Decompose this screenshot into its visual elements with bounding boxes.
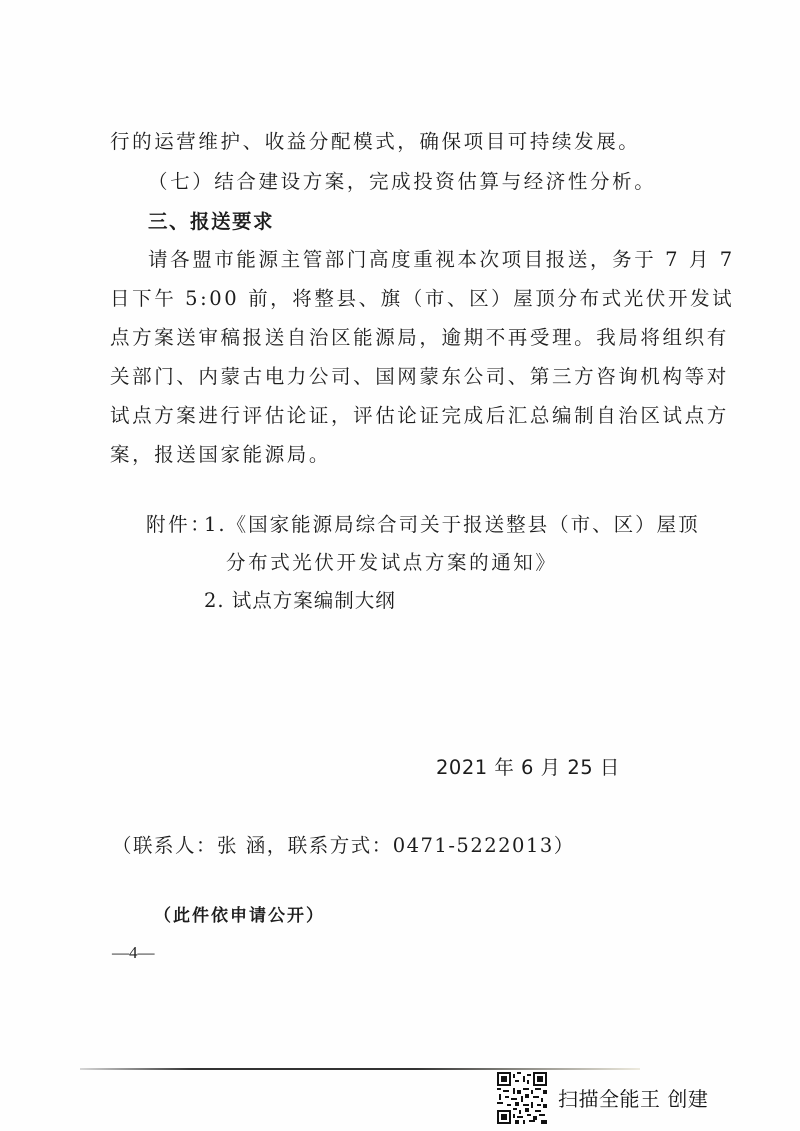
attachment-1-line-2: 分布式光伏开发试点方案的通知》 xyxy=(226,551,558,575)
paragraph-line-2: 日下午 5:00 前，将整县、旗（市、区）屋顶分布式光伏开发试 xyxy=(110,287,734,311)
paragraph-line-3: 点方案送审稿报送自治区能源局，逾期不再受理。我局将组织有 xyxy=(110,326,729,350)
scanner-watermark: 扫描全能王 创建 xyxy=(558,1083,708,1112)
paragraph-line-6: 案，报送国家能源局。 xyxy=(110,443,331,467)
disclosure-note: （此件依申请公开） xyxy=(154,904,325,928)
paragraph-line-4: 关部门、内蒙古电力公司、国网蒙东公司、第三方咨询机构等对 xyxy=(110,365,729,389)
document-date: 2021 年 6 月 25 日 xyxy=(436,756,620,780)
scan-edge-line xyxy=(80,1068,640,1070)
attachment-1-line-1: 1.《国家能源局综合司关于报送整县（市、区）屋顶 xyxy=(204,513,700,537)
page-number: —4— xyxy=(112,943,155,963)
body-line-2: （七）结合建设方案，完成投资估算与经济性分析。 xyxy=(148,170,656,194)
document-page: 行的运营维护、收益分配模式，确保项目可持续发展。 （七）结合建设方案，完成投资估… xyxy=(0,0,800,1131)
attachments-label: 附件： xyxy=(146,513,212,537)
contact-info: （联系人：张 涵，联系方式：0471-5222013） xyxy=(112,834,575,858)
paragraph-line-1: 请各盟市能源主管部门高度重视本次项目报送，务于 7 月 7 xyxy=(148,248,735,272)
attachment-2: 2. 试点方案编制大纲 xyxy=(204,589,396,613)
paragraph-line-5: 试点方案进行评估论证，评估论证完成后汇总编制自治区试点方 xyxy=(110,404,729,428)
section-heading: 三、报送要求 xyxy=(148,210,274,234)
body-line-1: 行的运营维护、收益分配模式，确保项目可持续发展。 xyxy=(110,130,640,154)
qr-code-icon xyxy=(497,1072,547,1124)
